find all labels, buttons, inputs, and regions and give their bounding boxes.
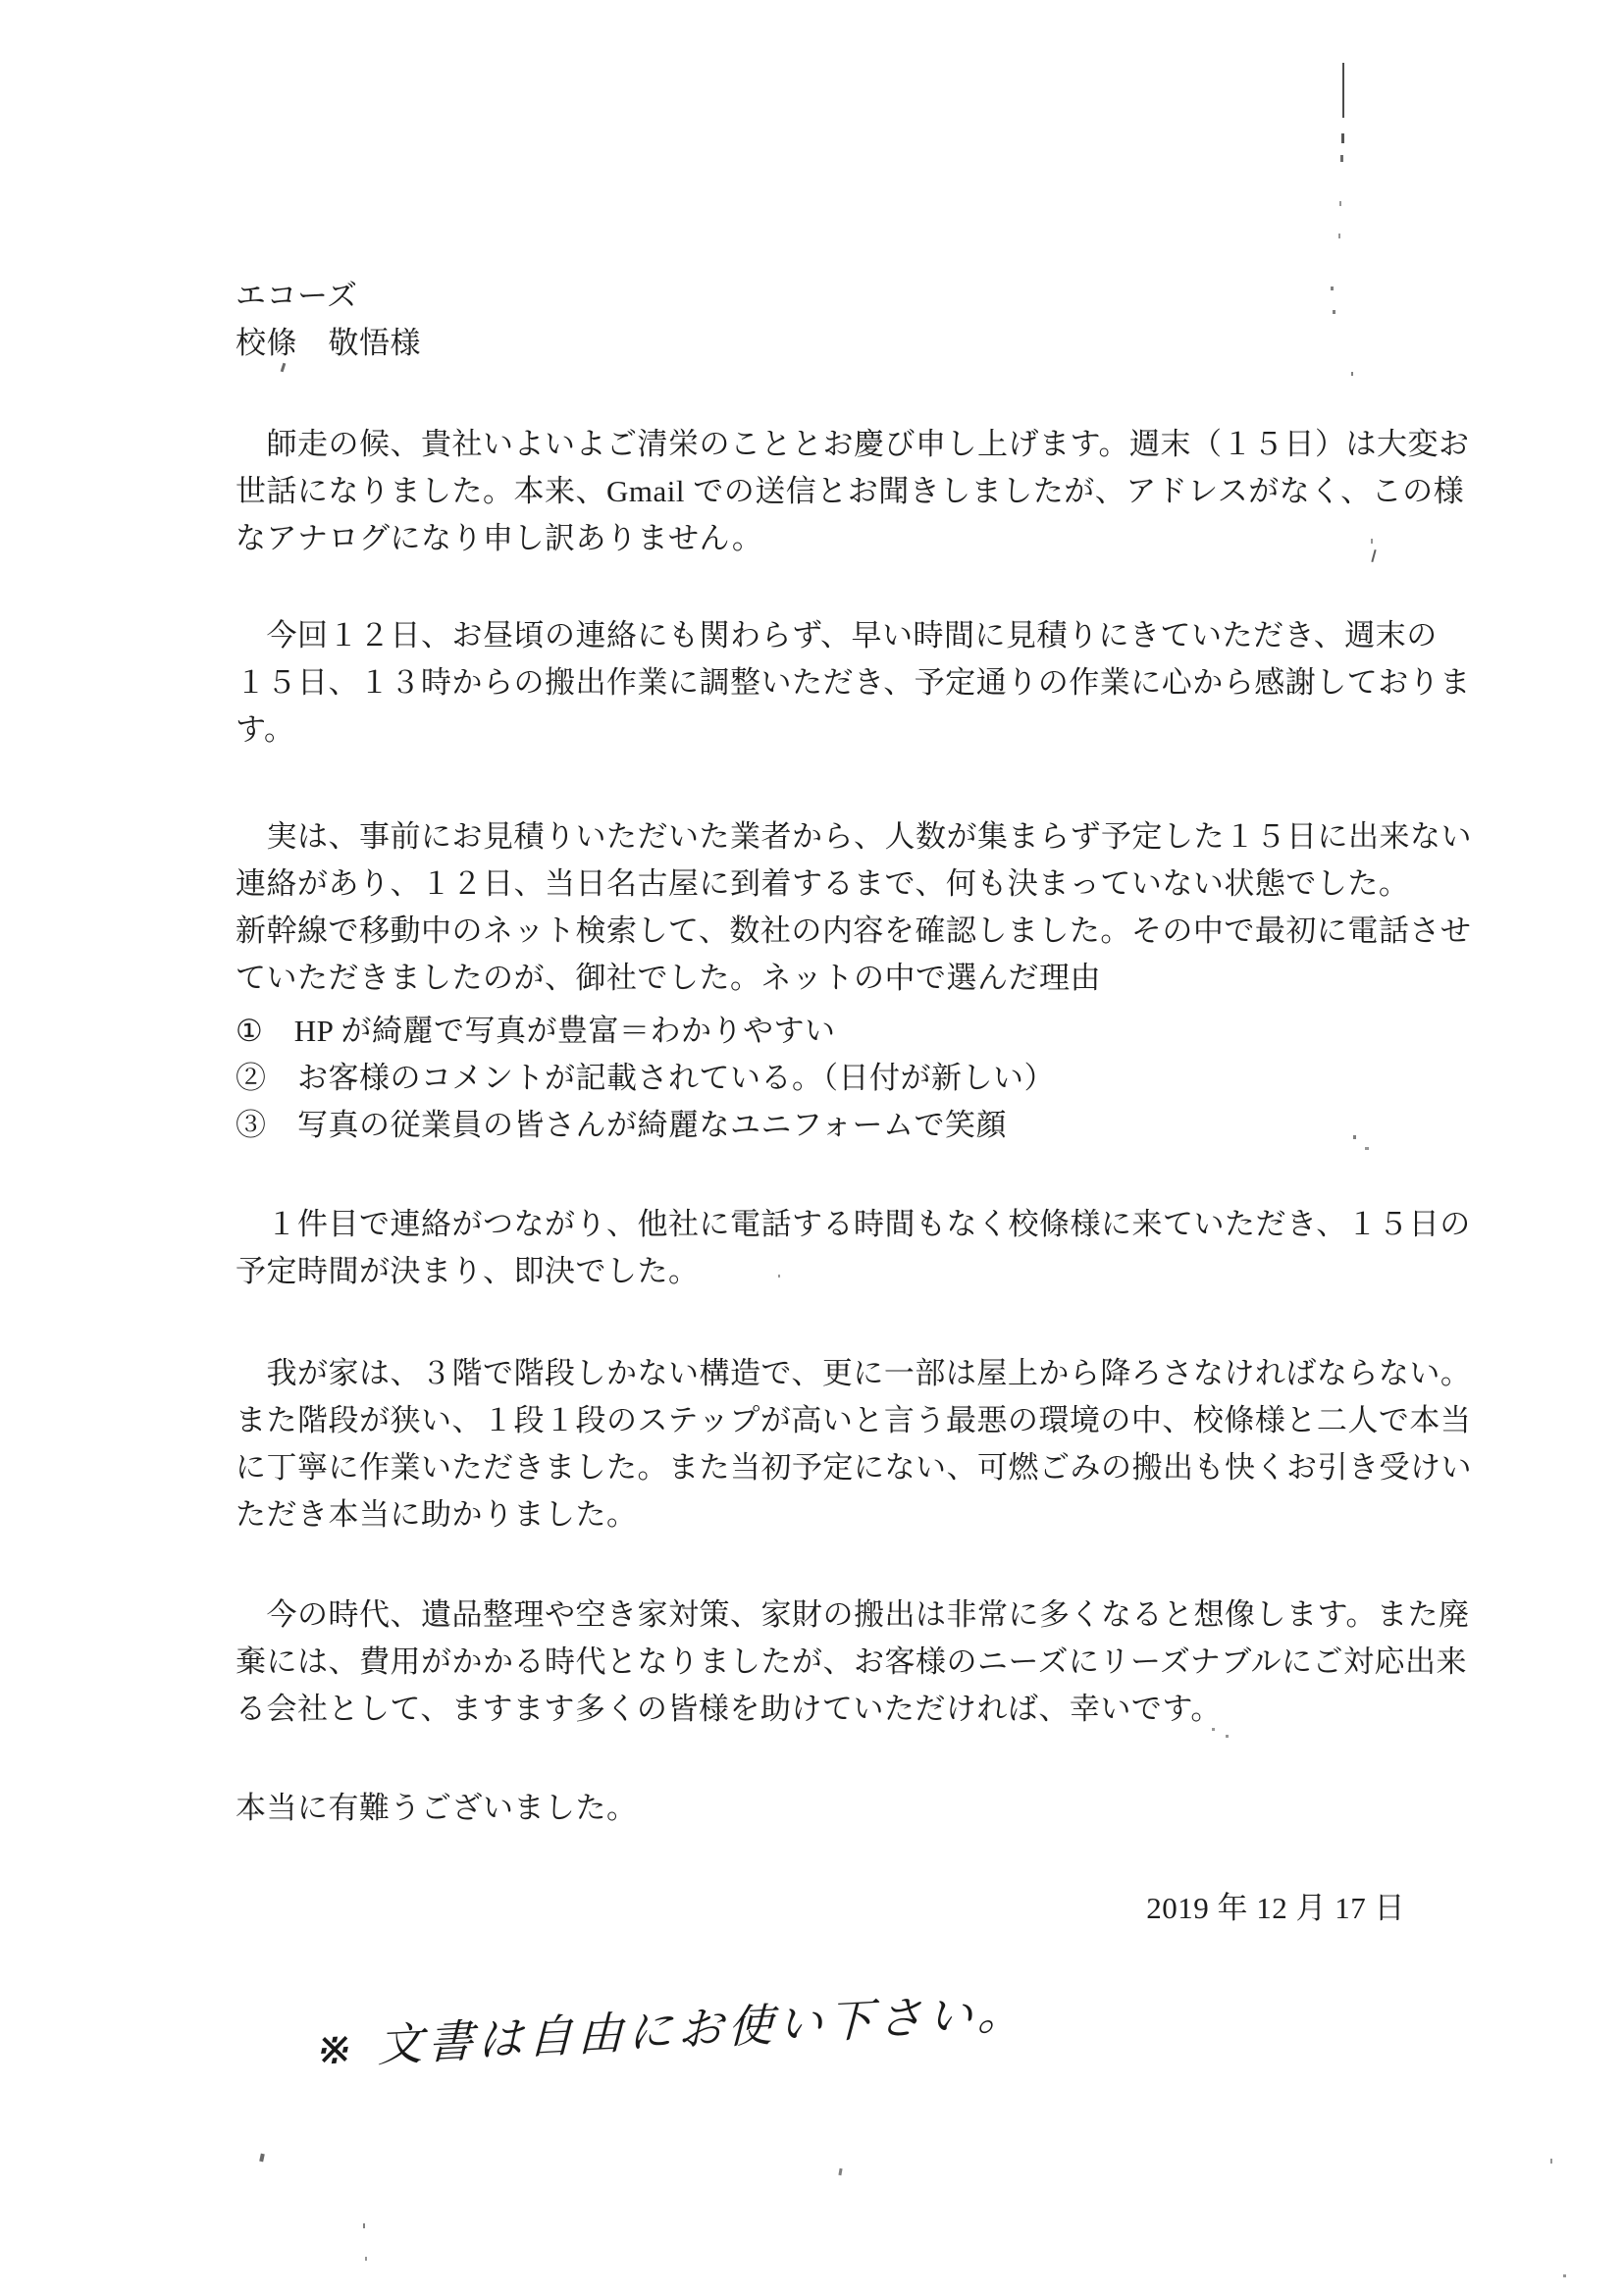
- text-line: 本当に有難うございました。: [236, 1785, 1450, 1832]
- paragraph-background: 実は、事前にお見積りいただいた業者から、人数が集まらず予定した１５日に出来ない …: [236, 813, 1450, 1002]
- text-line: る会社として、ますます多くの皆様を助けていただければ、幸いです。: [236, 1686, 1450, 1733]
- text-line: 予定時間が決まり、即決でした。: [236, 1248, 1450, 1295]
- text-line: 連絡があり、１２日、当日名古屋に到着するまで、何も決まっていない状態でした。: [236, 861, 1450, 908]
- text-line: 実は、事前にお見積りいただいた業者から、人数が集まらず予定した１５日に出来ない: [236, 813, 1450, 861]
- text-line: に丁寧に作業いただきました。また当初予定にない、可燃ごみの搬出も快くお引き受けい: [236, 1444, 1450, 1491]
- recipient-block: エコーズ 校條 敬悟様: [236, 273, 1450, 367]
- text-line: １５日、１３時からの搬出作業に調整いただき、予定通りの作業に心から感謝しておりま: [236, 659, 1450, 706]
- scan-artifact: [1351, 372, 1353, 376]
- closing-thanks: 本当に有難うございました。: [236, 1785, 1450, 1832]
- scan-artifact: [1342, 63, 1344, 118]
- text-line: 新幹線で移動中のネット検索して、数社の内容を確認しました。その中で最初に電話させ: [236, 908, 1450, 955]
- recipient-name: 校條 敬悟様: [236, 320, 1450, 367]
- paragraph-future-hopes: 今の時代、遺品整理や空き家対策、家財の搬出は非常に多くなると想像します。また廃 …: [236, 1592, 1450, 1733]
- letter-date: 2019 年 12 月 17 日: [236, 1885, 1450, 1932]
- text-line: １件目で連絡がつながり、他社に電話する時間もなく校條様に来ていただき、１５日の: [236, 1201, 1450, 1248]
- recipient-company: エコーズ: [236, 273, 1450, 320]
- text-line: ていただきましたのが、御社でした。ネットの中で選んだ理由: [236, 955, 1450, 1002]
- scan-artifact: [1550, 2159, 1552, 2164]
- scan-artifact: [1339, 201, 1341, 206]
- list-item: ① HP が綺麗で写真が豊富＝わかりやすい: [236, 1008, 1450, 1055]
- list-item: ② お客様のコメントが記載されている。（日付が新しい）: [236, 1055, 1450, 1102]
- text-line: す。: [236, 706, 1450, 754]
- scan-artifact: [1340, 155, 1343, 162]
- paragraph-greeting: 師走の候、貴社いよいよご清栄のこととお慶び申し上げます。週末（１５日）は大変お …: [236, 421, 1450, 562]
- scan-artifact: [1226, 1735, 1229, 1738]
- text-line: 今の時代、遺品整理や空き家対策、家財の搬出は非常に多くなると想像します。また廃: [236, 1592, 1450, 1639]
- date-text: 2019 年 12 月 17 日: [236, 1885, 1405, 1932]
- scanned-letter-page: エコーズ 校條 敬悟様 師走の候、貴社いよいよご清栄のこととお慶び申し上げます。…: [0, 0, 1623, 2296]
- paragraph-decision: １件目で連絡がつながり、他社に電話する時間もなく校條様に来ていただき、１５日の …: [236, 1201, 1450, 1295]
- text-line: 我が家は、３階で階段しかない構造で、更に一部は屋上から降ろさなければならない。: [236, 1350, 1450, 1397]
- scan-artifact: [1563, 2274, 1566, 2277]
- text-line: なアナログになり申し訳ありません。: [236, 515, 1450, 562]
- reason-list: ① HP が綺麗で写真が豊富＝わかりやすい ② お客様のコメントが記載されている…: [236, 1008, 1450, 1149]
- scan-artifact: [363, 2223, 365, 2228]
- text-line: また階段が狭い、１段１段のステップが高いと言う最悪の環境の中、校條様と二人で本当: [236, 1397, 1450, 1444]
- paragraph-work-conditions: 我が家は、３階で階段しかない構造で、更に一部は屋上から降ろさなければならない。 …: [236, 1350, 1450, 1539]
- paragraph-gratitude-schedule: 今回１２日、お昼頃の連絡にも関わらず、早い時間に見積りにきていただき、週末の １…: [236, 612, 1450, 754]
- text-line: 今回１２日、お昼頃の連絡にも関わらず、早い時間に見積りにきていただき、週末の: [236, 612, 1450, 659]
- scan-artifact: [259, 2154, 265, 2163]
- text-line: 師走の候、貴社いよいよご清栄のこととお慶び申し上げます。週末（１５日）は大変お: [236, 421, 1450, 468]
- scan-artifact: [1338, 234, 1340, 238]
- list-item: ③ 写真の従業員の皆さんが綺麗なユニフォームで笑顔: [236, 1102, 1450, 1149]
- handwritten-note: ※ 文書は自由にお使い下さい。: [315, 1981, 923, 2078]
- text-line: 世話になりました。本来、Gmail での送信とお聞きしましたが、アドレスがなく、…: [236, 468, 1450, 515]
- text-line: 棄には、費用がかかる時代となりましたが、お客様のニーズにリーズナブルにご対応出来: [236, 1639, 1450, 1686]
- scan-artifact: [1341, 133, 1344, 143]
- text-line: ただき本当に助かりました。: [236, 1491, 1450, 1539]
- scan-artifact: [838, 2168, 842, 2175]
- scan-artifact: [365, 2257, 367, 2261]
